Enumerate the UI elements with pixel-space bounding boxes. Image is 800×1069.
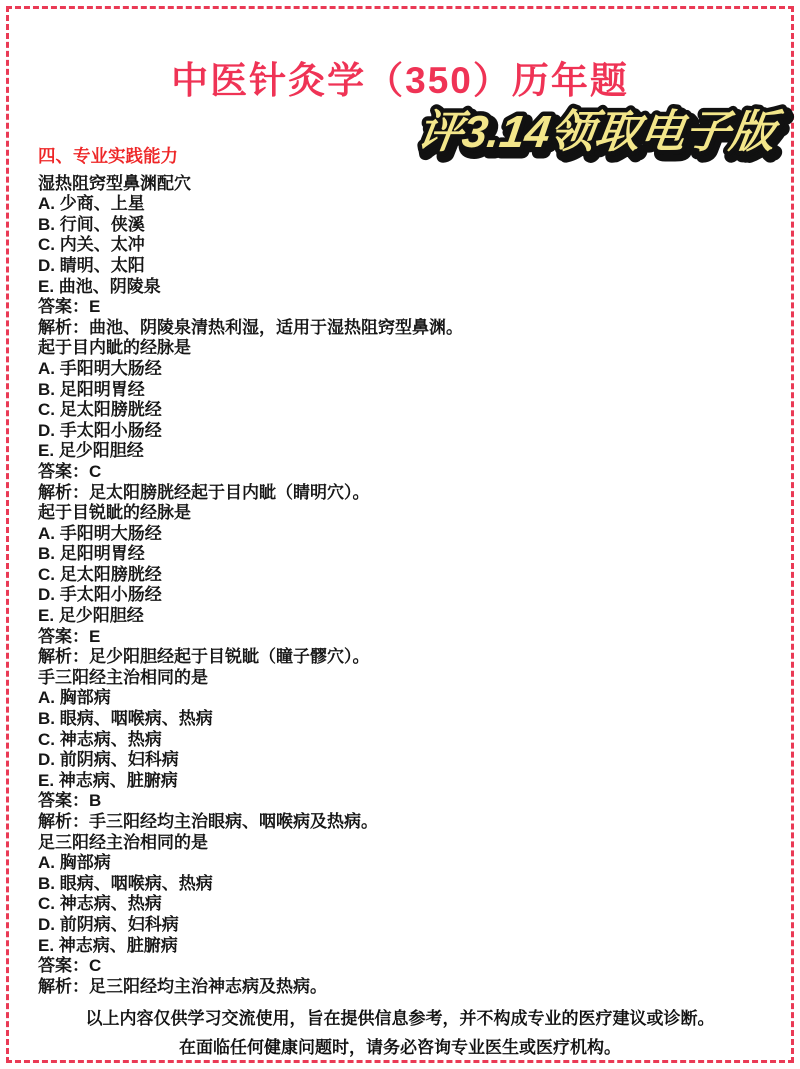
analysis-line: 解析：曲池、阴陵泉清热利湿，适用于湿热阻窍型鼻渊。 (38, 318, 463, 339)
answer-label: 答案： (38, 462, 89, 481)
option-line: B. 眼病、咽喉病、热病 (38, 874, 463, 895)
answer-value: E (89, 627, 100, 646)
analysis-label: 解析： (38, 812, 89, 831)
answer-line: 答案：B (38, 791, 463, 812)
question-block: 起于目锐眦的经脉是 A. 手阳明大肠经B. 足阳明胃经C. 足太阳膀胱经D. 手… (38, 503, 463, 668)
option-line: D. 前阴病、妇科病 (38, 750, 463, 771)
disclaimer-line: 以上内容仅供学习交流使用，旨在提供信息参考，并不构成专业的医疗建议或诊断。 (0, 1004, 800, 1033)
answer-value: C (89, 956, 101, 975)
analysis-label: 解析： (38, 483, 89, 502)
question-stem: 起于目锐眦的经脉是 (38, 503, 463, 524)
question-stem: 手三阳经主治相同的是 (38, 668, 463, 689)
question-stem: 足三阳经主治相同的是 (38, 833, 463, 854)
answer-label: 答案： (38, 791, 89, 810)
analysis-text: 足少阳胆经起于目锐眦（瞳子髎穴）。 (89, 647, 370, 666)
question-stem: 湿热阻窍型鼻渊配穴 (38, 174, 463, 195)
question-block: 起于目内眦的经脉是 A. 手阳明大肠经B. 足阳明胃经C. 足太阳膀胱经D. 手… (38, 338, 463, 503)
option-line: A. 手阳明大肠经 (38, 524, 463, 545)
option-line: E. 神志病、脏腑病 (38, 771, 463, 792)
option-line: A. 手阳明大肠经 (38, 359, 463, 380)
option-line: B. 足阳明胃经 (38, 544, 463, 565)
analysis-line: 解析：手三阳经均主治眼病、咽喉病及热病。 (38, 812, 463, 833)
answer-value: B (89, 791, 101, 810)
answer-label: 答案： (38, 956, 89, 975)
option-line: C. 足太阳膀胱经 (38, 565, 463, 586)
option-line: D. 手太阳小肠经 (38, 421, 463, 442)
option-line: E. 神志病、脏腑病 (38, 936, 463, 957)
option-line: A. 胸部病 (38, 688, 463, 709)
answer-value: E (89, 297, 100, 316)
answer-line: 答案：E (38, 297, 463, 318)
question-stem: 起于目内眦的经脉是 (38, 338, 463, 359)
disclaimer-line: 在面临任何健康问题时，请务必咨询专业医生或医疗机构。 (0, 1033, 800, 1062)
analysis-text: 足太阳膀胱经起于目内眦（睛明穴）。 (89, 483, 370, 502)
analysis-text: 足三阳经均主治神志病及热病。 (89, 977, 327, 996)
analysis-label: 解析： (38, 647, 89, 666)
option-line: D. 手太阳小肠经 (38, 585, 463, 606)
option-line: A. 胸部病 (38, 853, 463, 874)
option-line: C. 足太阳膀胱经 (38, 400, 463, 421)
section-header: 四、专业实践能力 (38, 146, 463, 167)
option-line: E. 足少阳胆经 (38, 606, 463, 627)
analysis-line: 解析：足太阳膀胱经起于目内眦（睛明穴）。 (38, 483, 463, 504)
options-list: A. 胸部病B. 眼病、咽喉病、热病C. 神志病、热病D. 前阴病、妇科病E. … (38, 853, 463, 956)
option-line: A. 少商、上星 (38, 194, 463, 215)
option-line: B. 行间、侠溪 (38, 215, 463, 236)
promo-badge-text: 评3.14领取电子版 (414, 106, 785, 157)
analysis-text: 手三阳经均主治眼病、咽喉病及热病。 (89, 812, 378, 831)
questions-list: 湿热阻窍型鼻渊配穴 A. 少商、上星B. 行间、侠溪C. 内关、太冲D. 睛明、… (38, 174, 463, 998)
analysis-line: 解析：足少阳胆经起于目锐眦（瞳子髎穴）。 (38, 647, 463, 668)
option-line: B. 眼病、咽喉病、热病 (38, 709, 463, 730)
analysis-line: 解析：足三阳经均主治神志病及热病。 (38, 977, 463, 998)
option-line: D. 前阴病、妇科病 (38, 915, 463, 936)
option-line: D. 睛明、太阳 (38, 256, 463, 277)
option-line: B. 足阳明胃经 (38, 380, 463, 401)
question-block: 手三阳经主治相同的是 A. 胸部病B. 眼病、咽喉病、热病C. 神志病、热病D.… (38, 668, 463, 833)
analysis-text: 曲池、阴陵泉清热利湿，适用于湿热阻窍型鼻渊。 (89, 318, 463, 337)
disclaimer-footer: 以上内容仅供学习交流使用，旨在提供信息参考，并不构成专业的医疗建议或诊断。 在面… (0, 1004, 800, 1062)
option-line: E. 足少阳胆经 (38, 441, 463, 462)
option-line: C. 内关、太冲 (38, 235, 463, 256)
answer-line: 答案：C (38, 956, 463, 977)
option-line: C. 神志病、热病 (38, 894, 463, 915)
question-block: 湿热阻窍型鼻渊配穴 A. 少商、上星B. 行间、侠溪C. 内关、太冲D. 睛明、… (38, 174, 463, 339)
option-line: E. 曲池、阴陵泉 (38, 277, 463, 298)
content-area: 四、专业实践能力 湿热阻窍型鼻渊配穴 A. 少商、上星B. 行间、侠溪C. 内关… (38, 146, 463, 997)
options-list: A. 少商、上星B. 行间、侠溪C. 内关、太冲D. 睛明、太阳E. 曲池、阴陵… (38, 194, 463, 297)
options-list: A. 手阳明大肠经B. 足阳明胃经C. 足太阳膀胱经D. 手太阳小肠经E. 足少… (38, 359, 463, 462)
answer-value: C (89, 462, 101, 481)
answer-label: 答案： (38, 627, 89, 646)
answer-line: 答案：E (38, 627, 463, 648)
options-list: A. 手阳明大肠经B. 足阳明胃经C. 足太阳膀胱经D. 手太阳小肠经E. 足少… (38, 524, 463, 627)
analysis-label: 解析： (38, 977, 89, 996)
answer-line: 答案：C (38, 462, 463, 483)
question-block: 足三阳经主治相同的是 A. 胸部病B. 眼病、咽喉病、热病C. 神志病、热病D.… (38, 833, 463, 998)
options-list: A. 胸部病B. 眼病、咽喉病、热病C. 神志病、热病D. 前阴病、妇科病E. … (38, 688, 463, 791)
answer-label: 答案： (38, 297, 89, 316)
analysis-label: 解析： (38, 318, 89, 337)
option-line: C. 神志病、热病 (38, 730, 463, 751)
